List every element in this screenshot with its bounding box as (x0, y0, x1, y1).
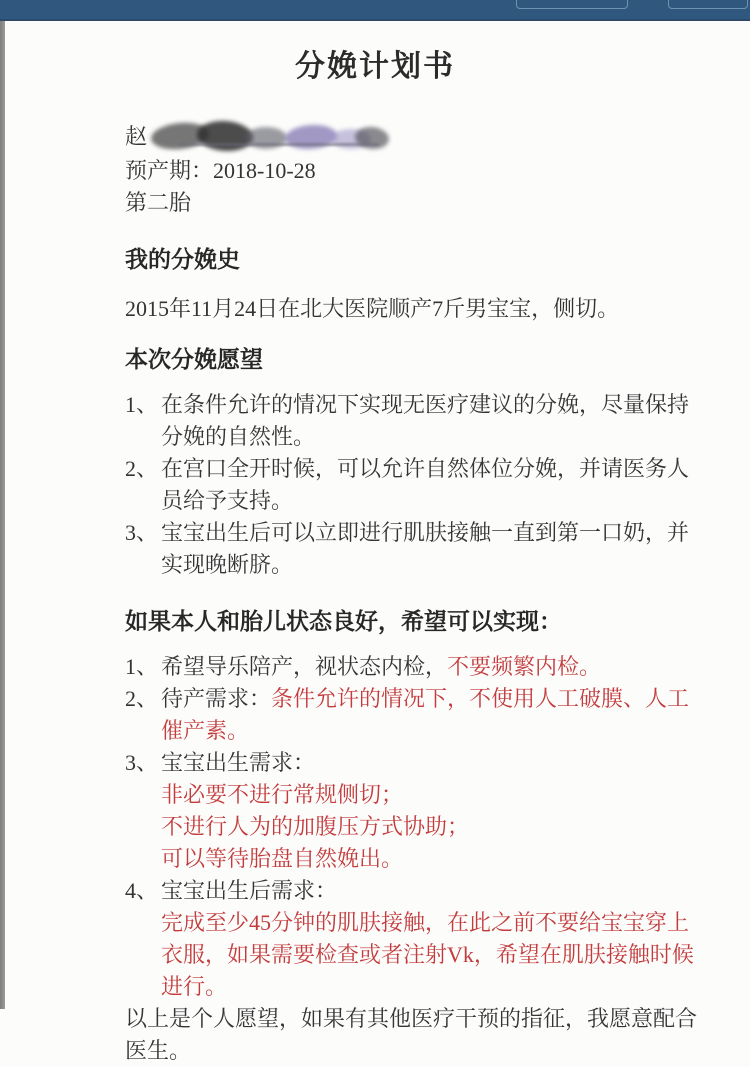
closing-paragraph: 以上是个人愿望，如果有其他医疗干预的指征，我愿意配合医生。 (125, 1003, 705, 1009)
list-item-number: 3、 (125, 747, 161, 779)
red-requirement-line: 不进行人为的加腹压方式协助； (161, 811, 705, 843)
list-item-text: 希望导乐陪产，视状态内检，不要频繁内检。 (161, 651, 705, 683)
list-item-number: 2、 (125, 683, 161, 715)
list-item-text: 在宫口全开时候，可以允许自然体位分娩，并请医务人员给予支持。 (161, 453, 705, 517)
document-page: 分娩计划书 赵 预产期：2018-10-28 第二胎 我的分娩史 2015年11… (0, 21, 750, 1009)
history-paragraph: 2015年11月24日在北大医院顺产7斤男宝宝，侧切。 (125, 293, 705, 325)
list-item: 1、 在条件允许的情况下实现无医疗建议的分娩，尽量保持分娩的自然性。 (125, 389, 705, 453)
section-heading-wishes: 本次分娩愿望 (125, 343, 705, 375)
list-item-text: 在条件允许的情况下实现无医疗建议的分娩，尽量保持分娩的自然性。 (161, 389, 705, 453)
redacted-name-scribble (149, 119, 389, 153)
list-item: 1、 希望导乐陪产，视状态内检，不要频繁内检。 (125, 651, 705, 683)
black-text-segment: 待产需求： (161, 686, 271, 711)
conditional-list: 1、 希望导乐陪产，视状态内检，不要频繁内检。 2、 待产需求：条件允许的情况下… (125, 651, 705, 779)
section-heading-history: 我的分娩史 (125, 243, 705, 275)
list-item-number: 1、 (125, 651, 161, 683)
list-item-number: 3、 (125, 517, 161, 549)
black-text-segment: 希望导乐陪产，视状态内检， (161, 654, 447, 679)
list-item-text: 待产需求：条件允许的情况下，不使用人工破膜、人工催产素。 (161, 683, 705, 747)
red-requirement-line: 可以等待胎盘自然娩出。 (161, 843, 705, 875)
topbar-button-right[interactable] (668, 0, 748, 9)
due-date-label: 预产期： (125, 158, 213, 183)
list-item-number: 1、 (125, 389, 161, 421)
due-date-value: 2018-10-28 (213, 158, 316, 183)
red-requirement-line: 非必要不进行常规侧切； (161, 779, 705, 811)
red-requirement-paragraph: 完成至少45分钟的肌肤接触，在此之前不要给宝宝穿上衣服，如果需要检查或者注射Vk… (161, 907, 705, 1003)
list-item-text: 宝宝出生后可以立即进行肌肤接触一直到第一口奶，并实现晚断脐。 (161, 517, 705, 581)
list-item: 3、 宝宝出生后可以立即进行肌肤接触一直到第一口奶，并实现晚断脐。 (125, 517, 705, 581)
list-item: 4、 宝宝出生后需求： (125, 875, 705, 907)
wishes-list: 1、 在条件允许的情况下实现无医疗建议的分娩，尽量保持分娩的自然性。 2、 在宫… (125, 389, 705, 581)
list-item-number: 4、 (125, 875, 161, 907)
list-item: 2、 待产需求：条件允许的情况下，不使用人工破膜、人工催产素。 (125, 683, 705, 747)
list-item: 2、 在宫口全开时候，可以允许自然体位分娩，并请医务人员给予支持。 (125, 453, 705, 517)
section-heading-conditional: 如果本人和胎儿状态良好，希望可以实现： (125, 605, 705, 637)
patient-name-line: 赵 (125, 119, 705, 155)
patient-surname: 赵 (125, 124, 147, 149)
list-item-number: 2、 (125, 453, 161, 485)
red-text-segment: 不要频繁内检。 (447, 654, 601, 679)
page-title: 分娩计划书 (0, 41, 750, 85)
due-date-line: 预产期：2018-10-28 (125, 155, 705, 187)
patient-header: 赵 预产期：2018-10-28 第二胎 (125, 119, 705, 219)
conditional-list-continued: 4、 宝宝出生后需求： (125, 875, 705, 907)
list-item-text: 宝宝出生后需求： (161, 875, 705, 907)
list-item: 3、 宝宝出生需求： (125, 747, 705, 779)
birth-order-line: 第二胎 (125, 187, 705, 219)
list-item-text: 宝宝出生需求： (161, 747, 705, 779)
left-edge-strip (0, 21, 5, 1009)
topbar-button-left[interactable] (516, 0, 628, 9)
top-bar (0, 0, 750, 21)
